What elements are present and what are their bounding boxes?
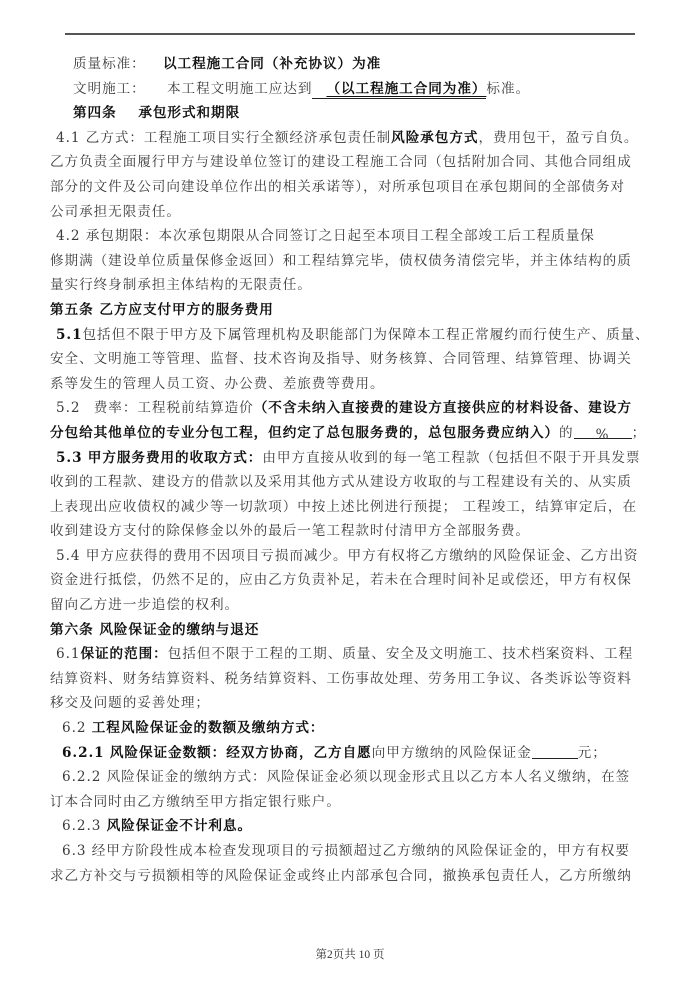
clause-number: 4.2 [56, 228, 80, 244]
clause-bold-text: 风险保证金不计利息。 [107, 818, 252, 834]
clause-4-1-line2: 乙方负责全面履行甲方与建设单位签订的建设工程施工合同（包括附加合同、其他合同组成 [50, 150, 640, 175]
clause-5-1-line2: 安全、文明施工等管理、监督、技术咨询及指导、财务核算、合同管理、结算管理、协调关 [50, 347, 640, 372]
clause-5-4-line3: 留向乙方进一步追偿的权利。 [50, 593, 640, 618]
risk-deposit-amount-blank[interactable] [532, 743, 578, 759]
civilized-construction-row: 文明施工： 本工程文明施工应达到（以工程施工合同为准）标准。 [50, 77, 640, 102]
clause-number: 6.3 [62, 843, 86, 859]
civilized-construction-text: 本工程文明施工应达到 [167, 81, 312, 97]
clause-6-2-line1: 6.2 工程风险保证金的数额及缴纳方式： [50, 716, 640, 741]
clause-number: 6.1 [56, 646, 80, 662]
quality-standard-row: 质量标准： 以工程施工合同（补充协议）为准 [50, 52, 640, 77]
clause-text: ，费用包干，盈亏自负。 [478, 130, 638, 146]
civilized-construction-label: 文明施工： [73, 81, 146, 97]
clause-bold-title: 工程风险保证金的数额及缴纳方式： [92, 720, 325, 736]
clause-6-1-line2: 结算资料、财务结算资料、税务结算资料、工伤事故处理、劳务用工争议、各类诉讼等资料 [50, 667, 640, 692]
clause-4-2-line2: 修期满（建设单位质量保修金返回）和工程结算完毕，债权债务清偿完毕，并主体结构的质 [50, 249, 640, 274]
clause-4-1-line4: 公司承担无限责任。 [50, 200, 640, 225]
article5-title: 乙方应支付甲方的服务费用 [99, 302, 274, 318]
clause-4-1-line1: 4.1 乙方式：工程施工项目实行全额经济承包责任制风险承包方式，费用包干，盈亏自… [50, 126, 640, 151]
clause-5-3-line3: 上表现出应收债权的减少等一切款项）中按上述比例进行预提； 工程竣工，结算审定后，… [50, 495, 640, 520]
clause-text: 甲方应获得的费用不因项目亏损而减少。甲方有权将乙方缴纳的风险保证金、乙方出资 [86, 548, 639, 564]
clause-5-2-line1: 5.2 费率：工程税前结算造价（不含未纳入直接费的建设方直接供应的材料设备、建设… [50, 396, 640, 421]
clause-5-3-line2: 收到的工程款、建设方的借款以及采用其他方式从建设方收取的与工程建设有关的、从实质 [50, 470, 640, 495]
clause-text: 向甲方缴纳的风险保证金 [372, 745, 532, 761]
clause-5-3-line1: 5.3 甲方服务费用的收取方式：由甲方直接从收到的每一笔工程款（包括但不限于开具… [50, 446, 640, 471]
clause-6-2-1-line1: 6.2.1 风险保证金数额：经双方协商，乙方自愿向甲方缴纳的风险保证金元； [50, 741, 640, 766]
clause-bold-label: 保证的范围： [80, 646, 167, 662]
article4-title: 承包形式和期限 [138, 105, 240, 121]
clause-text: 风险保证金的缴纳方式：风险保证金必须以现金形式且以乙方本人名义缴纳，在签 [107, 769, 631, 785]
clause-text: 经甲方阶段性成本检查发现项目的亏损额超过乙方缴纳的风险保证金的，甲方有权要 [92, 843, 630, 859]
quality-standard-label: 质量标准： [73, 56, 146, 72]
clause-text: 包括但不限于工程的工期、质量、安全及文明施工、技术档案资料、工程 [168, 646, 633, 662]
clause-5-1-line3: 系等发生的管理人员工资、办公费、差旅费等费用。 [50, 372, 640, 397]
clause-6-3-line1: 6.3 经甲方阶段性成本检查发现项目的亏损额超过乙方缴纳的风险保证金的，甲方有权… [50, 839, 640, 864]
clause-number: 6.2.3 [62, 818, 101, 834]
clause-text: 的 [559, 425, 574, 441]
clause-bold-text: 风险保证金数额：经双方协商，乙方自愿 [110, 745, 372, 761]
clause-text: 费率：工程税前结算造价 [94, 400, 254, 416]
header-rule [65, 33, 635, 35]
clause-text: 元； [578, 745, 607, 761]
clause-number: 5.1 [56, 327, 83, 343]
article5-heading: 第五条 乙方应支付甲方的服务费用 [50, 298, 640, 323]
clause-4-1-line3: 部分的文件及公司向建设单位作出的相关承诺等），对所承包项目在承包期间的全部债务对 [50, 175, 640, 200]
clause-4-2-line3: 量实行终身制承担主体结构的无限责任。 [50, 273, 640, 298]
clause-bold-label: 甲方服务费用的收取方式： [88, 450, 263, 466]
clause-6-3-line2: 求乙方补交与亏损额相等的风险保证金或终止内部承包合同，撤换承包责任人，乙方所缴纳 [50, 864, 640, 889]
clause-5-2-line2: 分包给其他单位的专业分包工程，但约定了总包服务费的，总包服务费应纳入）的%； [50, 421, 640, 446]
article6-number: 第六条 [50, 622, 94, 638]
clause-number: 5.2 [56, 400, 80, 416]
clause-5-3-line4: 收到建设方支付的除保修金以外的最后一笔工程款时付清甲方全部服务费。 [50, 519, 640, 544]
clause-text: ； [632, 425, 647, 441]
clause-bold-text: 风险承包方式 [391, 130, 478, 146]
clause-number: 5.3 [56, 450, 83, 466]
article6-title: 风险保证金的缴纳与退还 [99, 622, 259, 638]
quality-standard-value: 以工程施工合同（补充协议）为准 [163, 56, 381, 72]
clause-bold-text: 分包给其他单位的专业分包工程，但约定了总包服务费的，总包服务费应纳入） [50, 425, 559, 441]
article6-heading: 第六条 风险保证金的缴纳与退还 [50, 618, 640, 643]
clause-5-1-line1: 5.1包括但不限于甲方及下属管理机构及职能部门为保障本工程正常履约而行使生产、质… [50, 323, 640, 348]
clause-number: 4.1 [56, 130, 80, 146]
clause-number: 6.2 [62, 720, 86, 736]
clause-text: 包括但不限于甲方及下属管理机构及职能部门为保障本工程正常履约而行使生产、质量、 [83, 327, 650, 343]
clause-6-2-2-line1: 6.2.2 风险保证金的缴纳方式：风险保证金必须以现金形式且以乙方本人名义缴纳，… [50, 765, 640, 790]
clause-bold-text: （不含未纳入直接费的建设方直接供应的材料设备、建设方 [254, 400, 632, 416]
clause-4-2-line1: 4.2 承包期限：本次承包期限从合同签订之日起至本项目工程全部竣工后工程质量保 [50, 224, 640, 249]
clause-6-1-line1: 6.1保证的范围：包括但不限于工程的工期、质量、安全及文明施工、技术档案资料、工… [50, 642, 640, 667]
document-page: 质量标准： 以工程施工合同（补充协议）为准 文明施工： 本工程文明施工应达到（以… [50, 52, 640, 888]
article4-heading: 第四条 承包形式和期限 [50, 101, 640, 126]
clause-5-4-line2: 资金进行抵偿，仍然不足的，应由乙方负责补足，若未在合理时间补足或偿还，甲方有权保 [50, 568, 640, 593]
clause-5-4-line1: 5.4 甲方应获得的费用不因项目亏损而减少。甲方有权将乙方缴纳的风险保证金、乙方… [50, 544, 640, 569]
fee-rate-percent-blank[interactable]: % [574, 423, 632, 439]
clause-text: 由甲方直接从收到的每一笔工程款（包括但不限于开具发票 [262, 450, 640, 466]
page-footer: 第2页共 10 页 [0, 946, 700, 962]
clause-6-1-line3: 移交及问题的妥善处理； [50, 691, 640, 716]
article4-number: 第四条 [73, 105, 117, 121]
civilized-construction-standard: （以工程施工合同为准） [312, 81, 486, 99]
clause-number: 6.2.2 [62, 769, 101, 785]
page-indicator: 第2页共 10 页 [316, 949, 385, 961]
clause-6-2-3-line1: 6.2.3 风险保证金不计利息。 [50, 814, 640, 839]
clause-text: 承包期限：本次承包期限从合同签订之日起至本项目工程全部竣工后工程质量保 [86, 228, 595, 244]
clause-6-2-2-line2: 订本合同时由乙方缴纳至甲方指定银行账户。 [50, 790, 640, 815]
civilized-construction-suffix: 标准。 [486, 81, 530, 97]
article5-number: 第五条 [50, 302, 94, 318]
clause-number: 5.4 [56, 548, 80, 564]
clause-text: 乙方式：工程施工项目实行全额经济承包责任制 [86, 130, 391, 146]
clause-number: 6.2.1 [62, 745, 105, 761]
